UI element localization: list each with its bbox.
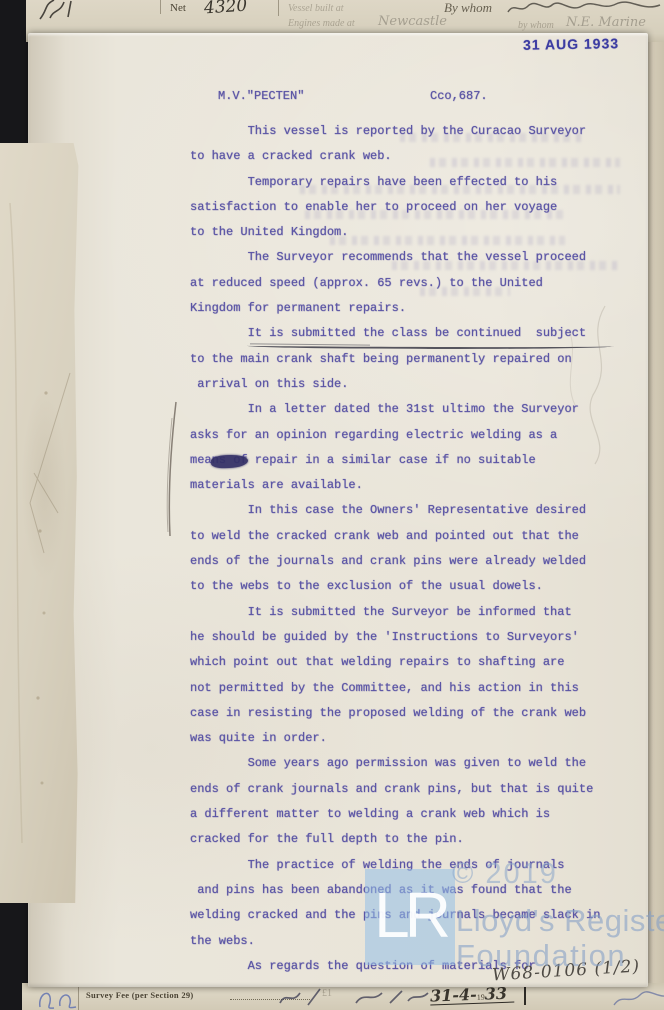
- typed-line: he should be guided by the 'Instructions…: [190, 625, 630, 650]
- vessel-built-label: Vessel built at: [288, 3, 344, 14]
- overlapping-page-flap: [0, 143, 80, 903]
- net-value-handwriting: 4320: [203, 0, 248, 18]
- typed-line: satisfaction to enable her to proceed on…: [190, 195, 630, 220]
- typed-line: Temporary repairs have been effected to …: [190, 170, 630, 195]
- typed-line: It is submitted the Surveyor be informed…: [190, 600, 630, 625]
- typed-line: to the United Kingdom.: [190, 220, 630, 245]
- lr-logo-letters: LR: [374, 883, 446, 947]
- engines-by-label: by whom: [518, 20, 554, 31]
- received-date-stamp: 31 AUG 1933: [523, 35, 619, 53]
- typed-line: to have a cracked crank web.: [190, 144, 630, 169]
- typed-line: The Surveyor recommends that the vessel …: [190, 245, 630, 270]
- typed-line: case in resisting the proposed welding o…: [190, 701, 630, 726]
- date-day-month: 31-4-: [430, 985, 477, 1006]
- engines-made-label: Engines made at: [288, 18, 355, 29]
- vessel-name: M.V."PECTEN": [218, 89, 304, 103]
- typed-line: cracked for the full depth to the pin.: [190, 827, 630, 852]
- flap-crease-marks: [0, 143, 80, 903]
- faint-pencil-scribble: [545, 300, 630, 470]
- lloyds-register-logo: LR: [365, 869, 455, 965]
- form-rule: [278, 0, 279, 16]
- margin-pencil-mark: [156, 400, 186, 540]
- case-reference: Cco,687.: [430, 89, 488, 103]
- handwritten-name-scribble: [504, 0, 664, 18]
- typed-line: not permitted by the Committee, and his …: [190, 676, 630, 701]
- by-whom-label: By whom: [444, 0, 492, 16]
- typed-line: to the webs to the exclusion of the usua…: [190, 574, 630, 599]
- scanned-document-page: { "document": { "reference_heading": { "…: [0, 0, 664, 1010]
- blue-ink-scribble: [36, 987, 82, 1010]
- engines-made-value: Newcastle: [378, 14, 447, 29]
- typed-line: Some years ago permission was given to w…: [190, 751, 630, 776]
- watermark-name-line1: Lloyd's Register: [456, 903, 664, 939]
- typed-line: a different matter to welding a crank we…: [190, 802, 630, 827]
- typed-line: which point out that welding repairs to …: [190, 650, 630, 675]
- net-label: Net: [170, 2, 186, 14]
- typed-line: to weld the cracked crank web and pointe…: [190, 524, 630, 549]
- typed-line: materials are available.: [190, 473, 630, 498]
- typed-line: ends of the journals and crank pins were…: [190, 549, 630, 574]
- underlying-sheet-right-edge: [646, 0, 664, 1010]
- ink-mark-scribble: [34, 0, 82, 23]
- document-heading: M.V."PECTEN" Cco,687.: [0, 89, 664, 109]
- typed-line: This vessel is reported by the Curacao S…: [190, 119, 630, 144]
- cursive-fragment-scribble: [610, 989, 664, 1009]
- typed-line: was quite in order.: [190, 726, 630, 751]
- typed-line: In this case the Owners' Representative …: [190, 498, 630, 523]
- watermark-name-line2: Foundation: [456, 938, 626, 974]
- typed-line: ends of crank journals and crank pins, b…: [190, 777, 630, 802]
- ledger-form-bottom-strip: Survey Fee (per Section 29) £1 31-4-1933: [22, 983, 664, 1010]
- survey-fee-label: Survey Fee (per Section 29): [86, 990, 194, 1000]
- watermark-copyright: © 2019: [452, 858, 558, 891]
- letter-body: This vessel is reported by the Curacao S…: [190, 119, 630, 979]
- typed-line: at reduced speed (approx. 65 revs.) to t…: [190, 271, 630, 296]
- form-rule: [160, 0, 161, 14]
- fee-handwriting-scribble: [272, 985, 432, 1010]
